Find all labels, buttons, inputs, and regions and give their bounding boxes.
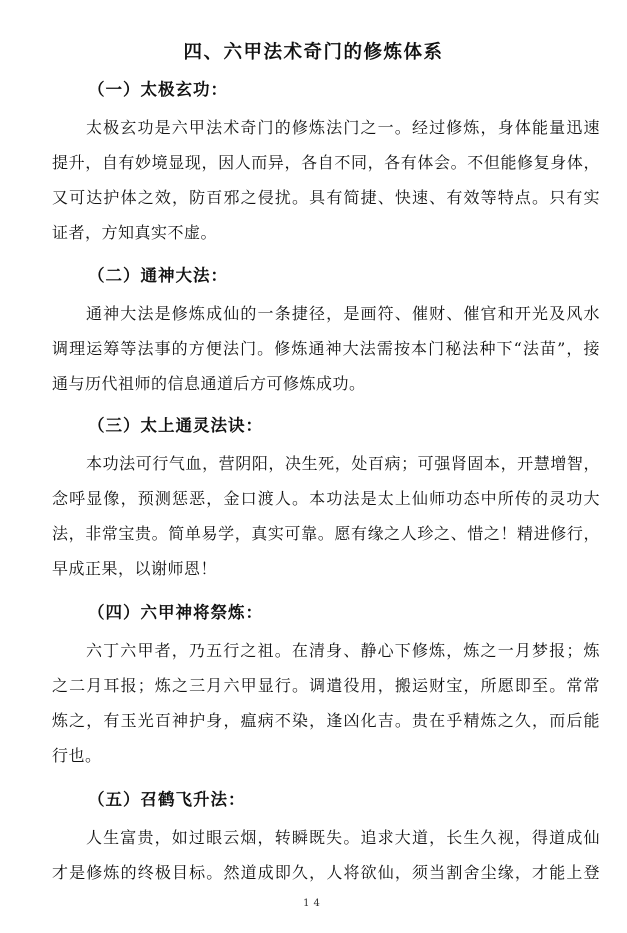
paragraph-line: 通神大法是修炼成仙的一条捷径，是画符、催财、催官和开光及风水 (86, 301, 600, 324)
paragraph-line: 调理运筹等法事的方便法门。修炼通神大法需按本门秘法种下“法苗”，接 (52, 336, 600, 359)
paragraph-line: 法，非常宝贵。简单易学，真实可靠。愿有缘之人珍之、惜之！精进修行， (52, 521, 600, 544)
paragraph-line: 提升，自有妙境显现，因人而异，各自不同，各有体会。不但能修复身体， (52, 150, 600, 173)
paragraph-line: 行也。 (52, 743, 600, 766)
page-number: 14 (0, 898, 627, 909)
section-heading-5: （五）召鹤飞升法： (88, 786, 246, 810)
paragraph-line: 太极玄功是六甲法术奇门的修炼法门之一。经过修炼，身体能量迅速 (86, 115, 600, 138)
section-heading-3: （三）太上通灵法诀： (88, 412, 263, 436)
paragraph-line: 本功法可行气血，营阴阳，决生死，处百病；可强肾固本，开慧增智， (86, 451, 600, 474)
paragraph-line: 炼之，有玉光百神护身，瘟病不染，逢凶化吉。贵在乎精炼之久，而后能 (52, 708, 600, 731)
paragraph-line: 又可达护体之效，防百邪之侵扰。具有简捷、快速、有效等特点。只有实 (52, 185, 600, 208)
paragraph-line: 通与历代祖师的信息通道后方可修炼成功。 (52, 371, 600, 394)
paragraph-line: 早成正果，以谢师恩！ (52, 556, 600, 579)
paragraph-line: 证者，方知真实不虚。 (52, 220, 600, 243)
paragraph-line: 人生富贵，如过眼云烟，转瞬既失。追求大道，长生久视，得道成仙 (86, 825, 600, 848)
paragraph-line: 六丁六甲者，乃五行之祖。在清身、静心下修炼，炼之一月梦报；炼 (86, 638, 600, 661)
section-heading-4: （四）六甲神将祭炼： (88, 599, 263, 623)
section-heading-1: （一）太极玄功： (88, 76, 228, 100)
document-page: 四、六甲法术奇门的修炼体系 （一）太极玄功： 太极玄功是六甲法术奇门的修炼法门之… (0, 0, 627, 933)
chapter-title: 四、六甲法术奇门的修炼体系 (0, 38, 627, 64)
paragraph-line: 之二月耳报；炼之三月六甲显行。调遣役用，搬运财宝，所愿即至。常常 (52, 673, 600, 696)
paragraph-line: 才是修炼的终极目标。然道成即久，人将欲仙，须当割舍尘缘，才能上登 (52, 860, 600, 883)
paragraph-line: 念呼显像，预测惩恶，金口渡人。本功法是太上仙师功态中所传的灵功大 (52, 486, 600, 509)
section-heading-2: （二）通神大法： (88, 262, 228, 286)
